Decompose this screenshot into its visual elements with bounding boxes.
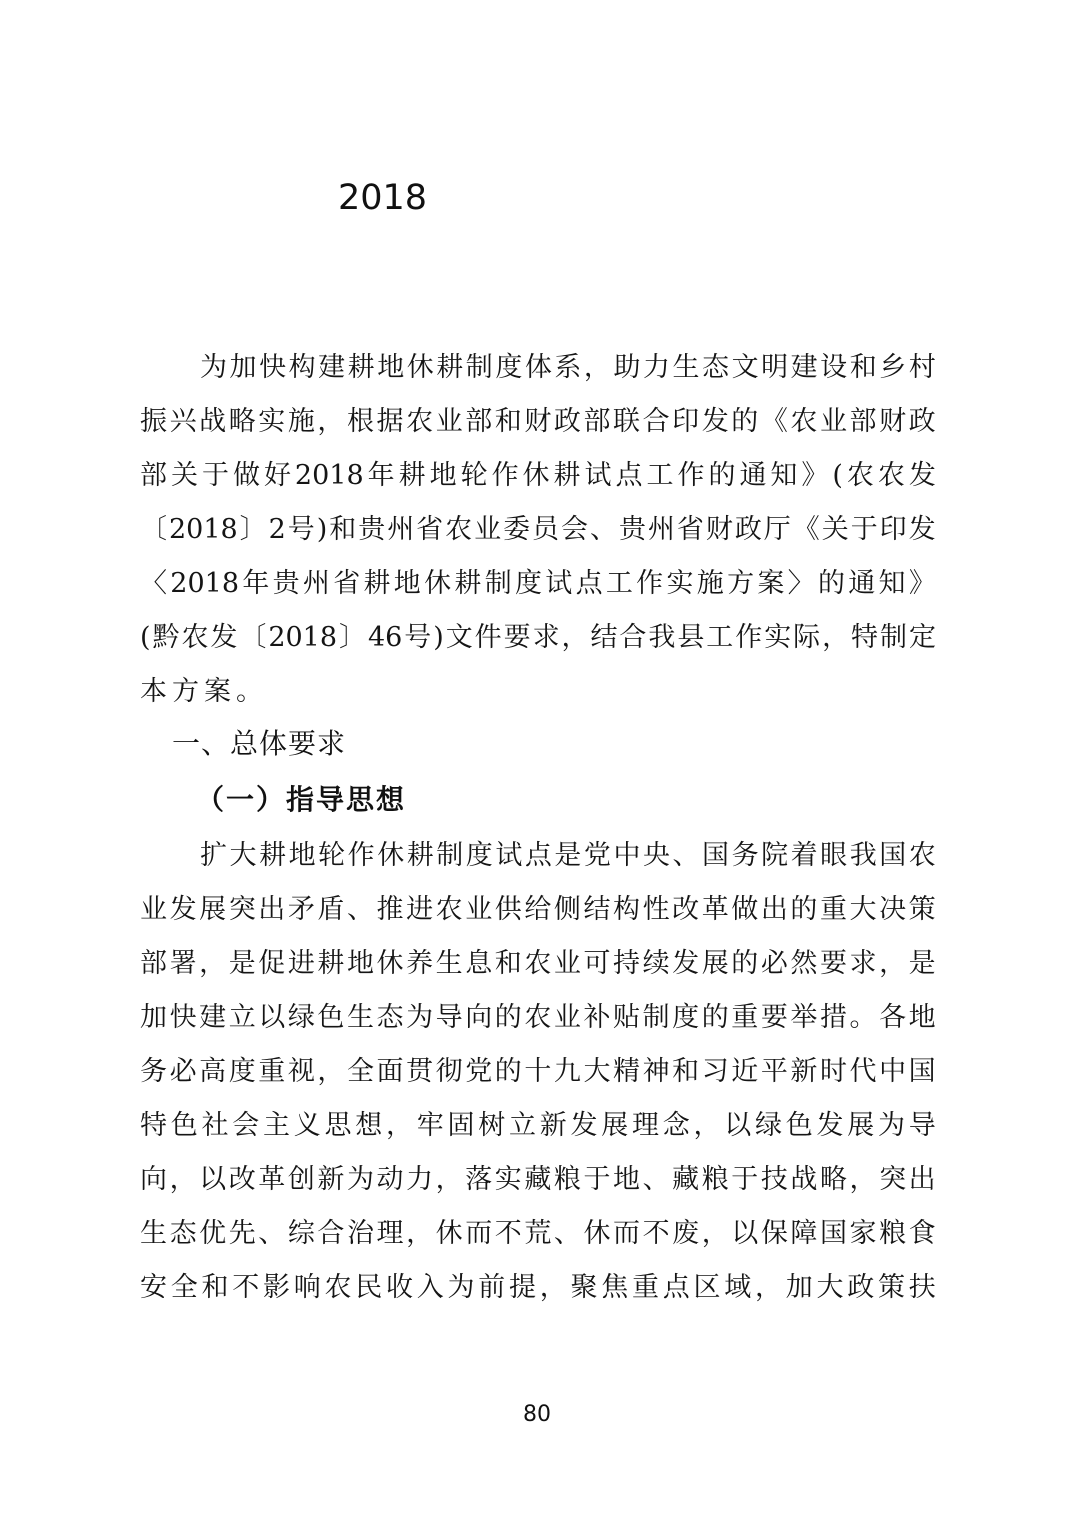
paragraph-1-line-7: 本方案。 xyxy=(140,672,936,712)
paragraph-2-line-9: 安全和不影响农民收入为前提，聚焦重点区域，加大政策扶 xyxy=(140,1268,936,1308)
subsection-heading: （一）指导思想 xyxy=(196,780,406,820)
paragraph-2-line-3: 部署，是促进耕地休养生息和农业可持续发展的必然要求，是 xyxy=(140,944,936,984)
paragraph-2-line-5: 务必高度重视，全面贯彻党的十九大精神和习近平新时代中国 xyxy=(140,1052,936,1092)
paragraph-2-line-7: 向，以改革创新为动力，落实藏粮于地、藏粮于技战略，突出 xyxy=(140,1160,936,1200)
paragraph-1-line-5: 〈2018年贵州省耕地休耕制度试点工作实施方案〉的通知》 xyxy=(140,564,936,604)
paragraph-2-line-2: 业发展突出矛盾、推进农业供给侧结构性改革做出的重大决策 xyxy=(140,890,936,930)
document-page: 2018 为加快构建耕地休耕制度体系，助力生态文明建设和乡村 振兴战略实施，根据… xyxy=(0,0,1074,1520)
section-heading: 一、总体要求 xyxy=(172,724,346,764)
document-title: 2018 xyxy=(338,176,427,220)
paragraph-1-line-1: 为加快构建耕地休耕制度体系，助力生态文明建设和乡村 xyxy=(200,348,936,388)
page-number: 80 xyxy=(0,1400,1074,1430)
paragraph-2-line-4: 加快建立以绿色生态为导向的农业补贴制度的重要举措。各地 xyxy=(140,998,936,1038)
paragraph-2-line-1: 扩大耕地轮作休耕制度试点是党中央、国务院着眼我国农 xyxy=(200,836,936,876)
paragraph-1-line-4: 〔2018〕2号)和贵州省农业委员会、贵州省财政厅《关于印发 xyxy=(140,510,936,550)
paragraph-1-line-6: (黔农发〔2018〕46号)文件要求，结合我县工作实际，特制定 xyxy=(140,618,936,658)
paragraph-2-line-6: 特色社会主义思想，牢固树立新发展理念，以绿色发展为导 xyxy=(140,1106,936,1146)
paragraph-1-line-2: 振兴战略实施，根据农业部和财政部联合印发的《农业部财政 xyxy=(140,402,936,442)
paragraph-1-line-3: 部关于做好2018年耕地轮作休耕试点工作的通知》(农农发 xyxy=(140,456,936,496)
paragraph-2-line-8: 生态优先、综合治理，休而不荒、休而不废，以保障国家粮食 xyxy=(140,1214,936,1254)
